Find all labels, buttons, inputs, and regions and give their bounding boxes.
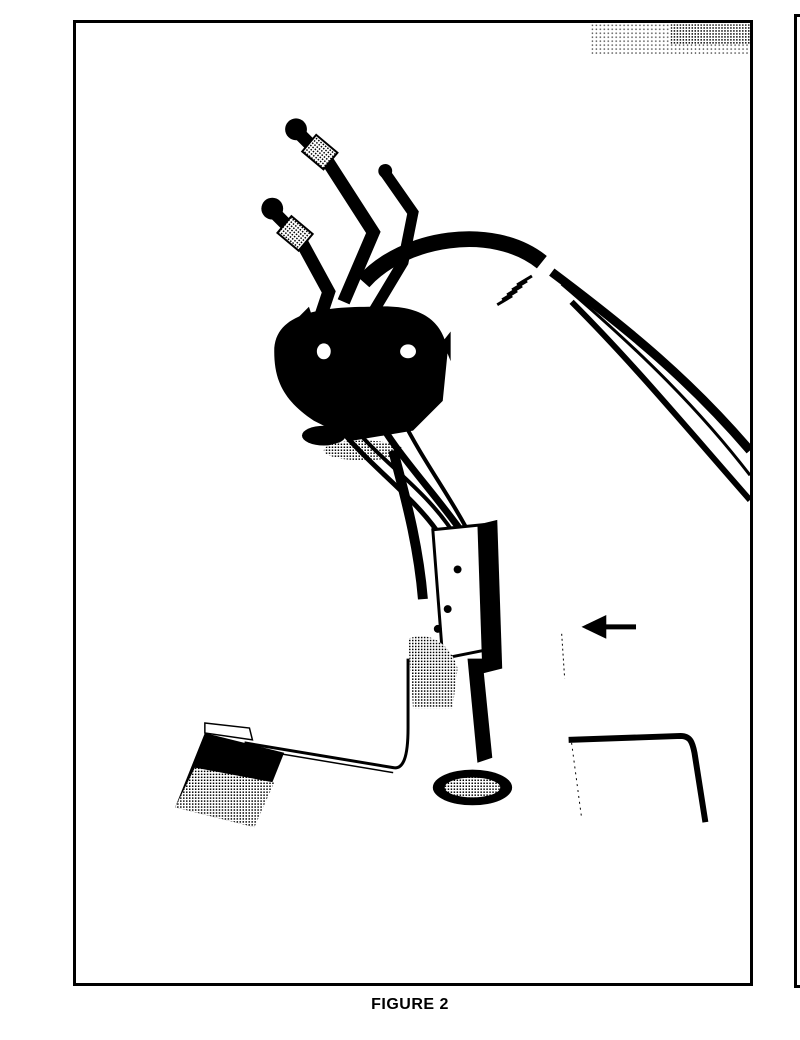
figure-caption: FIGURE 2	[0, 996, 800, 1014]
sending-unit-photo	[76, 23, 750, 983]
arrow-left-icon	[582, 615, 637, 639]
hose-label-marks	[497, 276, 532, 305]
adjacent-page-edge	[794, 14, 800, 988]
figure-photo	[73, 20, 753, 986]
figure-caption-text: FIGURE 2	[371, 996, 449, 1014]
